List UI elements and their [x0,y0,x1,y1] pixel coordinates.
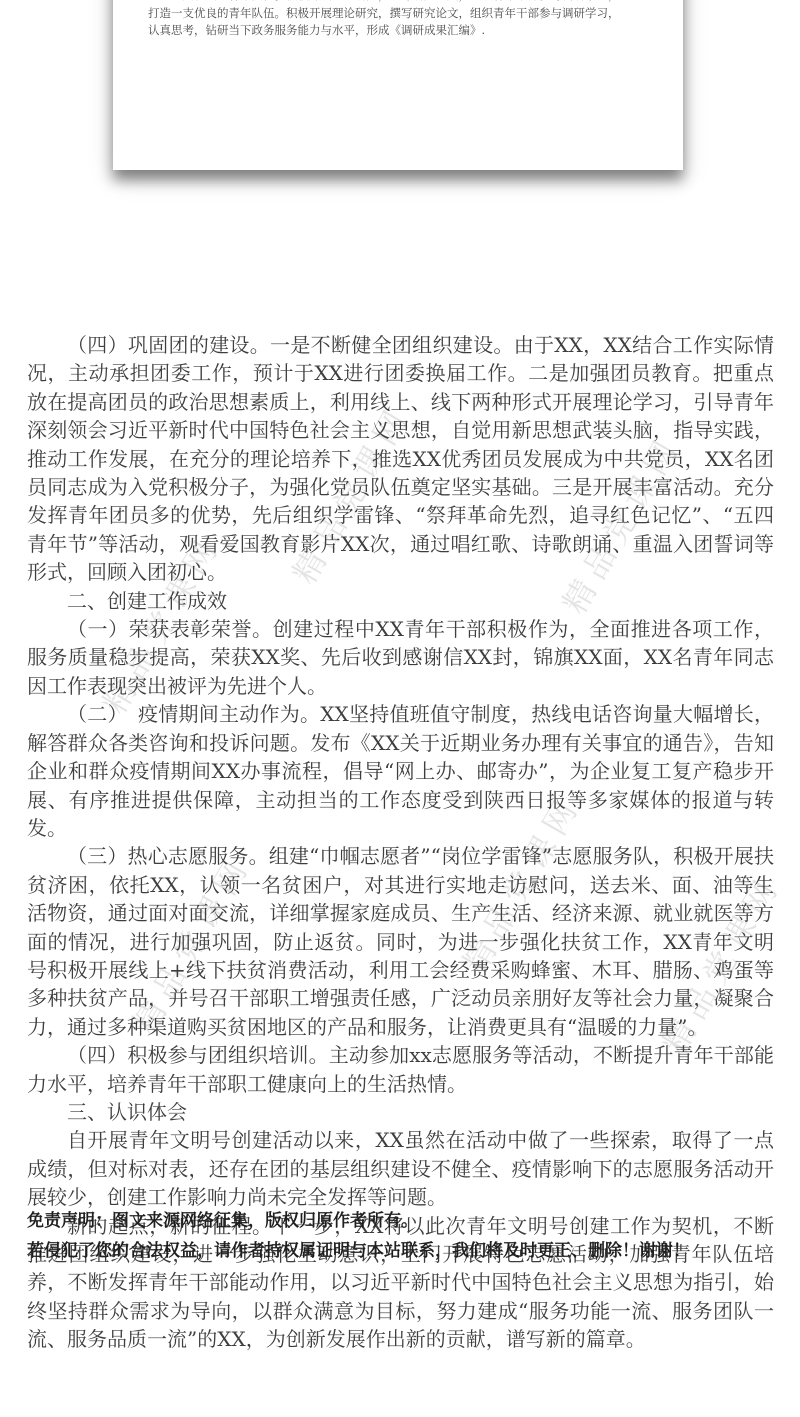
paragraph: （四）巩固团的建设。一是不断健全团组织建设。由于XX，XX结合工作实际情况，主动… [27,331,774,587]
page-root: { "watermark": { "text": "精品党课网", "color… [0,0,800,1417]
document-preview-card[interactable]: 打造一支优良的青年队伍。积极开展理论研究，撰写研究论文，组织青年干部参与调研学习… [113,0,683,170]
paragraph: （一）荣获表彰荣誉。创建过程中XX青年干部积极作为，全面推进各项工作，服务质量稳… [27,615,774,700]
preview-line: 打造一支优良的青年队伍。积极开展理论研究，撰写研究论文，组织青年干部参与调研学习… [148,5,648,23]
disclaimer: 免责声明：图文来源网络征集，版权归原作者所有。 若侵犯了您的合法权益，请作者持权… [27,1206,774,1266]
paragraph: 自开展青年文明号创建活动以来，XX虽然在活动中做了一些探索，取得了一点成绩，但对… [27,1126,774,1211]
section-heading: 二、创建工作成效 [27,587,774,615]
preview-line: 认真思考，钻研当下政务服务能力与水平，形成《调研成果汇编》. [148,22,648,40]
article-body: （四）巩固团的建设。一是不断健全团组织建设。由于XX，XX结合工作实际情况，主动… [27,331,774,1354]
preview-clipped-line: 打造一支优良的青年队伍。积极开展理论研究，撰写研究论文，组织青年干部参与调研学习… [148,0,648,5]
paragraph: （四）积极参与团组织培训。主动参加xx志愿服务等活动，不断提升青年干部能力水平，… [27,1041,774,1098]
section-heading: 三、认识体会 [27,1098,774,1126]
paragraph: （二） 疫情期间主动作为。XX坚持值班值守制度，热线电话咨询量大幅增长，解答群众… [27,700,774,842]
disclaimer-line: 若侵犯了您的合法权益，请作者持权属证明与本站联系，我们将及时更正、删除！谢谢！ [27,1236,774,1266]
paragraph: （三）热心志愿服务。组建“巾帼志愿者”“岗位学雷锋”志愿服务队，积极开展扶贫济困… [27,842,774,1041]
disclaimer-line: 免责声明：图文来源网络征集，版权归原作者所有。 [27,1206,774,1236]
preview-page-text: 打造一支优良的青年队伍。积极开展理论研究，撰写研究论文，组织青年干部参与调研学习… [148,0,648,40]
